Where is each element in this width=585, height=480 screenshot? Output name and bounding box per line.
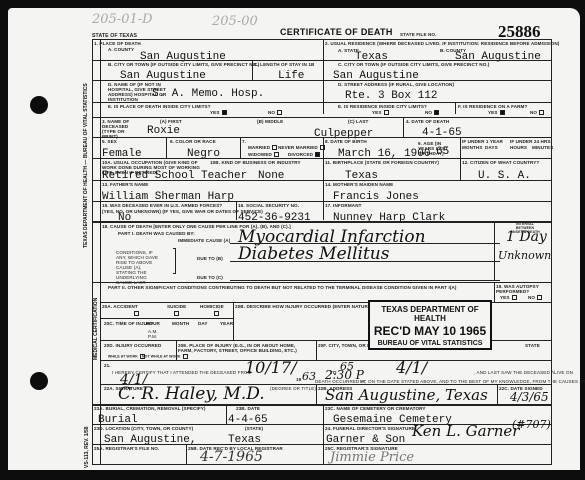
- reg-file-label: 25a. REGISTRAR'S FILE NO.: [94, 446, 159, 451]
- immediate-label: IMMEDIATE CAUSE (a): [178, 238, 230, 243]
- first-label: (a) First: [160, 119, 182, 124]
- attended-from: 10/17/: [245, 358, 297, 377]
- divider: [316, 340, 317, 360]
- stamp-date: REC'D MAY 10 1965: [370, 324, 490, 338]
- disposition-date-label: 23b. DATE: [236, 406, 260, 411]
- document-title: CERTIFICATE OF DEATH: [280, 27, 393, 37]
- conditions-note: Conditions, if any, which gave rise to a…: [116, 250, 161, 285]
- due-b-label: DUE TO (b): [197, 256, 223, 261]
- res-no-checkbox[interactable]: NO: [425, 110, 439, 115]
- rule: [92, 221, 552, 223]
- location-label: 23d. LOCATION (City, town, or county): [94, 426, 193, 431]
- death-time: 2:30 P: [325, 368, 364, 382]
- day-label: Day: [198, 321, 208, 326]
- dob-label: 8. DATE OF BIRTH: [325, 139, 367, 144]
- side-label: TEXAS DEPARTMENT OF HEALTH — BUREAU OF V…: [83, 83, 89, 248]
- armed-label: 15. WAS DECEASED EVER IN U.S. ARMED FORC…: [102, 203, 222, 208]
- funeral-label: 24. FUNERAL DIRECTOR'S SIGNATURE: [325, 426, 415, 431]
- dod-label: 4. DATE OF DEATH: [406, 119, 449, 124]
- divider: [455, 102, 456, 114]
- rule: [92, 201, 552, 202]
- age: 65: [436, 146, 449, 158]
- divider: [323, 180, 324, 220]
- middle-label: (b) Middle: [257, 119, 283, 124]
- first-name: Roxie: [147, 125, 180, 137]
- no-checkbox[interactable]: NO: [268, 110, 282, 115]
- accident-checkbox[interactable]: [134, 311, 139, 316]
- divider: [460, 137, 461, 158]
- part1-label: PART I. DEATH WAS CAUSED BY:: [118, 231, 195, 236]
- county-label: a. COUNTY: [108, 47, 134, 52]
- business-label: 10b. KIND OF BUSINESS OR INDUSTRY: [210, 160, 301, 165]
- rule: [92, 102, 552, 103]
- sex-label: 5. SEX: [102, 139, 117, 144]
- days-label: Days: [485, 145, 498, 150]
- year-prefix: 19: [296, 377, 301, 382]
- stamp-line-3: BUREAU OF VITAL STATISTICS: [370, 340, 490, 347]
- divider: [323, 404, 324, 465]
- street-label: d. STREET ADDRESS (If rural, give locati…: [338, 82, 454, 87]
- city-label: b. CITY OR TOWN (If outside city limits,…: [108, 62, 259, 67]
- res-inside-city-label: e. IS RESIDENCE INSIDE CITY LIMITS?: [338, 104, 427, 109]
- suicide-label: SUICIDE: [167, 304, 186, 309]
- hour-label: Hour: [146, 321, 160, 326]
- suicide-checkbox[interactable]: [174, 311, 179, 316]
- rule: [92, 444, 552, 445]
- divider: [403, 117, 404, 137]
- received-stamp: TEXAS DEPARTMENT OF HEALTH REC'D MAY 10 …: [368, 300, 492, 350]
- ssn-label: 16. SOCIAL SECURITY NO.: [238, 203, 299, 208]
- informant-label: 17. INFORMANT: [325, 203, 362, 208]
- attended-from-year: 63: [302, 370, 316, 383]
- rule: [92, 282, 552, 283]
- injury-state-label: STATE: [525, 343, 540, 348]
- widowed-checkbox[interactable]: Widowed: [248, 152, 279, 157]
- under-24-label: IF UNDER 24 HRS.: [510, 139, 552, 144]
- under-1-label: IF UNDER 1 YEAR: [462, 139, 503, 144]
- months-label: Months: [462, 145, 483, 150]
- minutes-label: Minutes: [532, 145, 553, 150]
- pencil-note: 205-00: [212, 14, 258, 29]
- rule: [92, 60, 552, 61]
- divider: [460, 158, 461, 180]
- autopsy-no-checkbox[interactable]: NO: [528, 295, 542, 300]
- pencil-note: 205-01-D: [92, 12, 153, 27]
- degree-label: (Degree or title): [270, 386, 316, 391]
- interval-b: Unknown: [498, 249, 551, 262]
- divider: [494, 282, 495, 302]
- rule: [92, 80, 552, 81]
- mother-label: 14. MOTHER'S MAIDEN NAME: [325, 182, 393, 187]
- stamp-line-1: TEXAS DEPARTMENT OF HEALTH: [370, 305, 490, 323]
- residence-label: 2. USUAL RESIDENCE (Where deceased lived…: [325, 41, 559, 46]
- binder-hole: [30, 96, 48, 114]
- not-work-checkbox[interactable]: NOT WHILE AT WORK: [142, 354, 188, 359]
- never-married-checkbox[interactable]: Never Married: [278, 145, 325, 150]
- bracket: [173, 248, 176, 274]
- accident-label: 20a. ACCIDENT: [102, 304, 138, 309]
- divider: [186, 444, 187, 465]
- farm-no-checkbox[interactable]: NO: [530, 110, 544, 115]
- last-saw-date: 4/1/: [396, 358, 427, 377]
- physician-address: San Augustine, Texas: [325, 386, 488, 404]
- interval-a: 1 Day: [506, 229, 547, 245]
- autopsy-yes-checkbox[interactable]: YES: [500, 295, 517, 300]
- divider: [323, 137, 324, 158]
- registrar-signature: Jimmie Price: [330, 450, 414, 465]
- name-label: 3. NAME OF DECEASED (Type or print): [102, 119, 137, 139]
- divider: [176, 340, 177, 360]
- father-label: 13. FATHER'S NAME: [102, 182, 148, 187]
- yes-checkbox[interactable]: YES: [210, 110, 227, 115]
- divider: [252, 60, 253, 80]
- divider: [316, 384, 317, 404]
- cemetery-label: 23c. NAME OF CEMETERY OR CREMATORY: [325, 406, 426, 411]
- divider: [226, 404, 227, 424]
- rule: [230, 280, 500, 281]
- race-label: 6. COLOR OR RACE: [170, 139, 216, 144]
- binder-hole: [30, 372, 48, 390]
- while-work-checkbox[interactable]: WHILE AT WORK: [108, 354, 145, 359]
- homicide-label: HOMICIDE: [200, 304, 224, 309]
- file-no-label: STATE FILE NO.: [400, 32, 436, 37]
- res-city-label: c. CITY OR TOWN (If outside city limits,…: [338, 62, 489, 67]
- divider: [497, 384, 498, 404]
- married-checkbox[interactable]: Married: [248, 145, 277, 150]
- homicide-checkbox[interactable]: [214, 311, 219, 316]
- rule: [92, 117, 552, 118]
- divider: [323, 158, 324, 180]
- pm-label: p.m.: [148, 334, 157, 339]
- year-label: Year: [220, 321, 233, 326]
- divider: [494, 221, 495, 281]
- funeral-director-signature: Ken L. Garner: [412, 422, 519, 440]
- res-street: Rte. 3 Box 112: [345, 90, 437, 102]
- medical-label: MEDICAL CERTIFICATION: [93, 298, 99, 360]
- rule: [100, 360, 552, 361]
- last-label: (c) Last: [348, 119, 368, 124]
- rule: [92, 180, 552, 181]
- place-of-death-label: 1. PLACE OF DEATH: [94, 41, 141, 46]
- physician-signature: C. R. Haley, M.D.: [118, 384, 265, 404]
- divider: [166, 137, 167, 158]
- citizen-label: 12. CITIZEN OF WHAT COUNTRY?: [462, 160, 539, 165]
- place-label: 20e. PLACE OF INJURY (e.g., in or about …: [178, 343, 298, 353]
- rule: [92, 158, 552, 159]
- divorced-checkbox[interactable]: Divorced: [288, 152, 320, 157]
- hospital: S. A. Memo. Hosp.: [152, 88, 264, 100]
- rule: [92, 137, 552, 138]
- farm-yes-checkbox[interactable]: YES: [488, 110, 505, 115]
- inside-city-label: e. IS PLACE OF DEATH INSIDE CITY LIMITS?: [108, 104, 211, 109]
- location-state-label: (State): [245, 426, 263, 431]
- stay-label: c. LENGTH OF STAY IN 1b: [254, 62, 314, 67]
- due-c-label: DUE TO (c): [197, 275, 223, 280]
- occurred-label: 20d. INJURY OCCURRED: [104, 343, 161, 348]
- burial-label: 23a. BURIAL, CREMATION, REMOVAL (Specify…: [94, 406, 206, 411]
- rule: [100, 318, 233, 319]
- reg-date: 4-7-1965: [200, 449, 263, 465]
- last-saw-text: , and last saw the deceased alive on: [474, 370, 573, 375]
- farm-label: f. IS RESIDENCE ON A FARM?: [458, 104, 527, 109]
- autopsy-label: 19. WAS AUTOPSY PERFORMED?: [496, 284, 546, 294]
- date-signed: 4/3/65: [510, 390, 549, 404]
- rule: [230, 261, 500, 262]
- birthplace-label: 11. BIRTHPLACE (State or foreign country…: [325, 160, 439, 165]
- form-number: VS-113, REV. 1/58: [84, 426, 90, 468]
- hours-label: Hours: [510, 145, 527, 150]
- res-yes-checkbox[interactable]: YES: [372, 110, 389, 115]
- divider: [236, 201, 237, 220]
- month-label: Month: [172, 321, 189, 326]
- funeral-director-no: (#707): [512, 418, 551, 431]
- part2-label: PART II. OTHER SIGNIFICANT CONDITIONS CO…: [108, 285, 457, 290]
- divider: [240, 137, 241, 158]
